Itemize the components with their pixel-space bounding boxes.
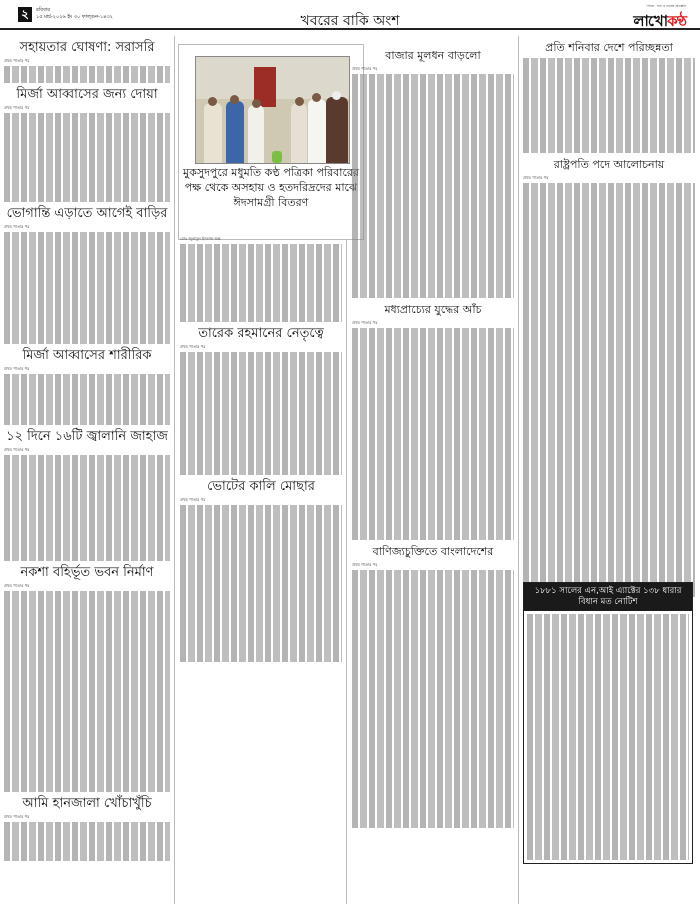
article: আমি হানজালা খোঁচাখুঁচিপ্রথম পাতার পর (4, 796, 170, 861)
column-1: সহায়তার ঘোষণা: সরাসরিপ্রথম পাতার পরমির্… (4, 36, 170, 861)
masthead-logo: দৈনিক সত্য ও ন্যায়ের প্রতিধ্বনি লাখোকণ্… (633, 4, 686, 35)
article-headline: নকশা বহির্ভূত ভবন নির্মাণ (4, 565, 170, 580)
article-body (180, 505, 342, 662)
article-body (352, 74, 514, 298)
news-photo (195, 56, 350, 164)
article-body (523, 183, 695, 597)
article-headline: মির্জা আব্বাসের জন্য দোয়া (4, 87, 170, 102)
article-byline: প্রথম পাতার পর (4, 58, 170, 65)
article-body (4, 822, 170, 861)
photo-byline: মোঃ জুবায়ুল ইসলাম অন্ত (180, 236, 342, 243)
logo-name-part1: লাখো (633, 12, 667, 30)
article-headline: তারেক রহমানের নেতৃত্বে (180, 326, 342, 341)
article-body (4, 455, 170, 561)
article-headline: মির্জা আব্বাসের শারীরিক (4, 348, 170, 363)
column-4: প্রতি শনিবার দেশে পরিচ্ছন্নতারাষ্ট্রপতি … (523, 36, 695, 597)
article-body (523, 58, 695, 153)
article-body (4, 591, 170, 792)
article-byline: প্রথম পাতার পর (4, 105, 170, 112)
article: মধ্যপ্রাচ্যের যুদ্ধের আঁচপ্রথম পাতার পর (352, 302, 514, 541)
article: নকশা বহির্ভূত ভবন নির্মাণপ্রথম পাতার পর (4, 565, 170, 792)
article-body (352, 328, 514, 541)
article-byline: প্রথম পাতার পর (4, 583, 170, 590)
article-body (4, 374, 170, 424)
article: তারেক রহমানের নেতৃত্বেপ্রথম পাতার পর (180, 326, 342, 475)
logo-tagline-left: দৈনিক (646, 4, 654, 8)
article-headline: ১২ দিনে ১৬টি জ্বালানি জাহাজ (4, 429, 170, 444)
article: প্রতি শনিবার দেশে পরিচ্ছন্নতা (523, 40, 695, 153)
notice-title: ১৮৮১ সালের এন,আই এ্যাক্টের ১৩৮ ধারার বিধ… (524, 583, 692, 611)
article: বাণিজ্যচুক্তিতে বাংলাদেশেরপ্রথম পাতার পর (352, 544, 514, 827)
column-divider (174, 36, 175, 904)
article-headline: মধ্যপ্রাচ্যের যুদ্ধের আঁচ (352, 302, 514, 317)
article-body (180, 352, 342, 475)
column-divider (518, 36, 519, 904)
article-byline: প্রথম পাতার পর (180, 497, 342, 504)
article-byline: প্রথম পাতার পর (4, 814, 170, 821)
notice-body (524, 611, 692, 863)
legal-notice: ১৮৮১ সালের এন,আই এ্যাক্টের ১৩৮ ধারার বিধ… (523, 582, 693, 864)
page-header: ২ রবিবার ১৫ মার্চ-২০২৬ ইং ৩০ ফাল্গুন-১৪৩… (0, 0, 700, 30)
article-byline: প্রথম পাতার পর (352, 562, 514, 569)
article: ভোগান্তি এড়াতে আগেই বাড়িরপ্রথম পাতার প… (4, 206, 170, 344)
article-headline: সহায়তার ঘোষণা: সরাসরি (4, 40, 170, 55)
article-byline: প্রথম পাতার পর (523, 175, 695, 182)
article-headline: রাষ্ট্রপতি পদে আলোচনায় (523, 157, 695, 172)
article-byline: প্রথম পাতার পর (4, 366, 170, 373)
column-2: মোঃ জুবায়ুল ইসলাম অন্ততারেক রহমানের নেত… (180, 236, 342, 662)
article-headline: ভোটের কালি মোছার (180, 479, 342, 494)
article-byline: প্রথম পাতার পর (352, 66, 514, 73)
article-headline: বাণিজ্যচুক্তিতে বাংলাদেশের (352, 544, 514, 559)
article: মির্জা আব্বাসের জন্য দোয়াপ্রথম পাতার পর (4, 87, 170, 203)
article: বাজার মূলধন বাড়লোপ্রথম পাতার পর (352, 48, 514, 298)
logo-tagline-right: সত্য ও ন্যায়ের প্রতিধ্বনি (657, 4, 686, 8)
article-byline: প্রথম পাতার পর (4, 224, 170, 231)
photo-caption: মুকসুদপুরে মধুমতি কণ্ঠ পত্রিকা পরিবারের … (180, 165, 362, 210)
article-headline: বাজার মূলধন বাড়লো (352, 48, 514, 63)
article-byline: প্রথম পাতার পর (180, 344, 342, 351)
article-headline: আমি হানজালা খোঁচাখুঁচি (4, 796, 170, 811)
article: রাষ্ট্রপতি পদে আলোচনায়প্রথম পাতার পর (523, 157, 695, 597)
column-3: বাজার মূলধন বাড়লোপ্রথম পাতার পরমধ্যপ্রা… (352, 44, 514, 828)
article: ভোটের কালি মোছারপ্রথম পাতার পর (180, 479, 342, 662)
article: সহায়তার ঘোষণা: সরাসরিপ্রথম পাতার পর (4, 40, 170, 83)
article-body (4, 113, 170, 203)
article-byline: প্রথম পাতার পর (4, 447, 170, 454)
article-body (4, 66, 170, 83)
article-headline: ভোগান্তি এড়াতে আগেই বাড়ির (4, 206, 170, 221)
article-body (4, 232, 170, 344)
article: মির্জা আব্বাসের শারীরিকপ্রথম পাতার পর (4, 348, 170, 424)
article-body (352, 570, 514, 827)
article: ১২ দিনে ১৬টি জ্বালানি জাহাজপ্রথম পাতার প… (4, 429, 170, 561)
article-headline: প্রতি শনিবার দেশে পরিচ্ছন্নতা (523, 40, 695, 55)
section-title: খবরের বাকি অংশ (0, 9, 700, 33)
article-byline: প্রথম পাতার পর (352, 320, 514, 327)
column-divider (346, 240, 347, 904)
logo-name-part2: কণ্ঠ (667, 12, 686, 30)
